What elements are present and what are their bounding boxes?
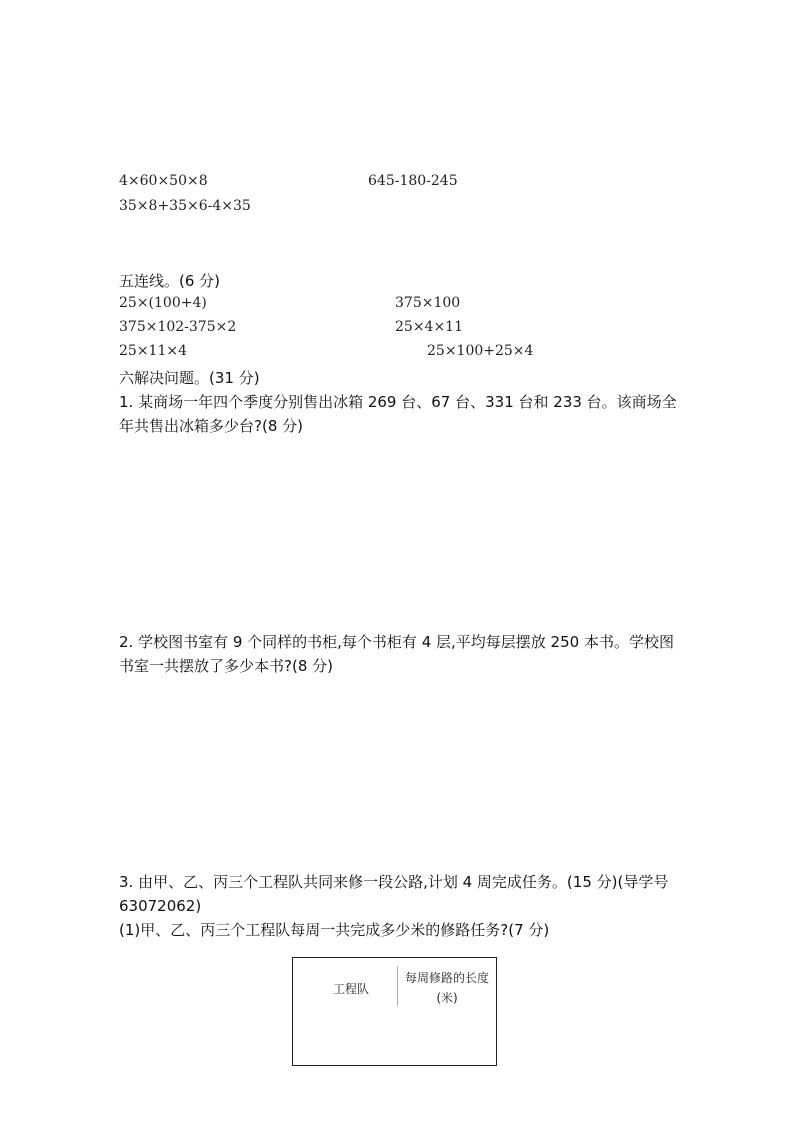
match-right-3: 25×100+25×4 (427, 343, 533, 359)
section-6-title: 六解决问题。(31 分) (119, 367, 260, 388)
section-5-title: 五连线。(6 分) (119, 270, 220, 291)
table-header-weekly-length: 每周修路的长度(米) (401, 968, 493, 1008)
question-3-part-1: (1)甲、乙、丙三个工程队每周一共完成多少米的修路任务?(7 分) (119, 918, 549, 942)
match-right-2: 25×4×11 (395, 319, 463, 335)
column-divider (397, 966, 398, 1006)
question-2: 2. 学校图书室有 9 个同样的书柜,每个书柜有 4 层,平均每层摆放 250 … (119, 630, 679, 678)
road-work-table: 工程队 每周修路的长度(米) (292, 957, 497, 1066)
match-left-2: 375×102-375×2 (119, 319, 236, 335)
match-right-1: 375×100 (395, 295, 460, 311)
match-left-1: 25×(100+4) (119, 295, 207, 311)
calc-expression-3: 35×8+35×6-4×35 (119, 198, 251, 214)
calc-expression-1: 4×60×50×8 (119, 173, 208, 189)
calc-expression-2: 645-180-245 (368, 173, 458, 189)
match-left-3: 25×11×4 (119, 343, 187, 359)
table-header-team: 工程队 (333, 980, 369, 997)
question-1: 1. 某商场一年四个季度分别售出冰箱 269 台、67 台、331 台和 233… (119, 390, 679, 438)
question-3: 3. 由甲、乙、丙三个工程队共同来修一段公路,计划 4 周完成任务。(15 分)… (119, 870, 679, 918)
